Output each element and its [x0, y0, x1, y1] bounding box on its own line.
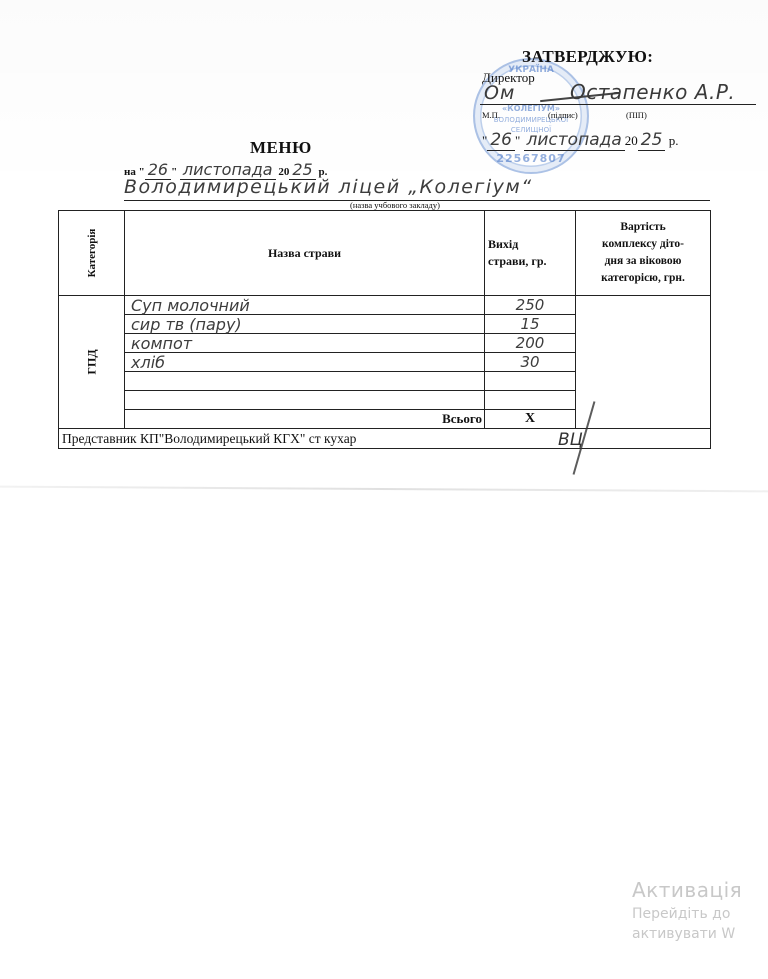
table-header-row: Категорія Назва страви Вихід страви, гр.… — [59, 211, 711, 296]
approval-date-year-prefix: 20 — [625, 133, 638, 148]
dish-yield-cell: 250 — [485, 296, 576, 315]
cost-cell — [576, 296, 711, 429]
approval-block: ЗАТВЕРДЖУЮ: Директор Ом Остапенко А.Р. М… — [480, 44, 768, 164]
signature-caption: (підпис) — [548, 110, 578, 120]
header-yield: Вихід страви, гр. — [485, 211, 576, 296]
header-cost-line-1: Вартість — [576, 219, 710, 236]
header-cost-line-4: категорісю, грн. — [576, 270, 710, 287]
dish-name-cell: сир тв (пару) — [125, 315, 485, 334]
dish-name-cell — [125, 372, 485, 391]
dish-name-cell: компот — [125, 334, 485, 353]
dish-yield-cell: 30 — [485, 353, 576, 372]
header-yield-line-2: страви, гр. — [488, 253, 575, 270]
header-category: Категорія — [59, 211, 125, 296]
menu-title: МЕНЮ — [250, 138, 312, 158]
watermark-line-1: Перейдіть до — [632, 906, 742, 922]
scanned-document-page: УКРАЇНА «КОЛЕГІУМ» ВОЛОДИМИРЕЦЬКОЇ СЕЛИЩ… — [0, 0, 768, 979]
header-cost-line-3: дня за віковою — [576, 253, 710, 270]
school-name: Володимирецький ліцей „Колегіум“ — [124, 176, 533, 198]
approval-date-month: листопада — [524, 130, 625, 151]
approval-date: "26" листопада2025 р. — [482, 130, 678, 150]
watermark-line-2: активувати W — [632, 926, 742, 942]
cook-signature: ВЦ — [558, 430, 583, 450]
total-value: X — [485, 410, 576, 429]
cook-representative: Представник КП"Володимирецький КГХ" ст к… — [59, 429, 711, 449]
dish-yield-cell — [485, 391, 576, 410]
approval-date-suffix: р. — [669, 133, 679, 148]
director-signature: Ом — [484, 82, 515, 104]
signature-line — [480, 104, 756, 105]
footer-row: Представник КП"Володимирецький КГХ" ст к… — [59, 429, 711, 449]
director-name: Остапенко А.Р. — [570, 80, 735, 104]
total-label: Всього — [125, 410, 485, 429]
header-category-label: Категорія — [86, 229, 98, 278]
approval-title: ЗАТВЕРДЖУЮ: — [522, 47, 653, 67]
school-caption: (назва учбового закладу) — [350, 200, 440, 210]
approval-date-close-quote: " — [515, 133, 520, 148]
menu-table: Категорія Назва страви Вихід страви, гр.… — [58, 210, 711, 449]
school-name-line: Володимирецький ліцей „Колегіум“ — [124, 178, 710, 201]
header-cost: Вартість комплексу діто- дня за віковою … — [576, 211, 711, 296]
category-cell: ГПД — [59, 296, 125, 429]
dish-yield-cell — [485, 372, 576, 391]
approval-date-day: 26 — [487, 130, 515, 151]
seal-label: М.П. — [482, 110, 500, 120]
dish-yield-cell: 15 — [485, 315, 576, 334]
category-label: ГПД — [84, 349, 99, 374]
approval-date-year-suffix: 25 — [638, 130, 666, 151]
pip-caption: (ПІП) — [626, 110, 647, 120]
dish-name-cell: Суп молочний — [125, 296, 485, 315]
watermark-title: Активація — [632, 878, 742, 902]
dish-name-cell — [125, 391, 485, 410]
header-dish-name: Назва страви — [125, 211, 485, 296]
header-cost-line-2: комплексу діто- — [576, 236, 710, 253]
activation-watermark: Активація Перейдіть до активувати W — [632, 878, 742, 942]
table-row: ГПД Суп молочний 250 — [59, 296, 711, 315]
dish-name-cell: хліб — [125, 353, 485, 372]
dish-yield-cell: 200 — [485, 334, 576, 353]
header-yield-line-1: Вихід — [488, 236, 575, 253]
